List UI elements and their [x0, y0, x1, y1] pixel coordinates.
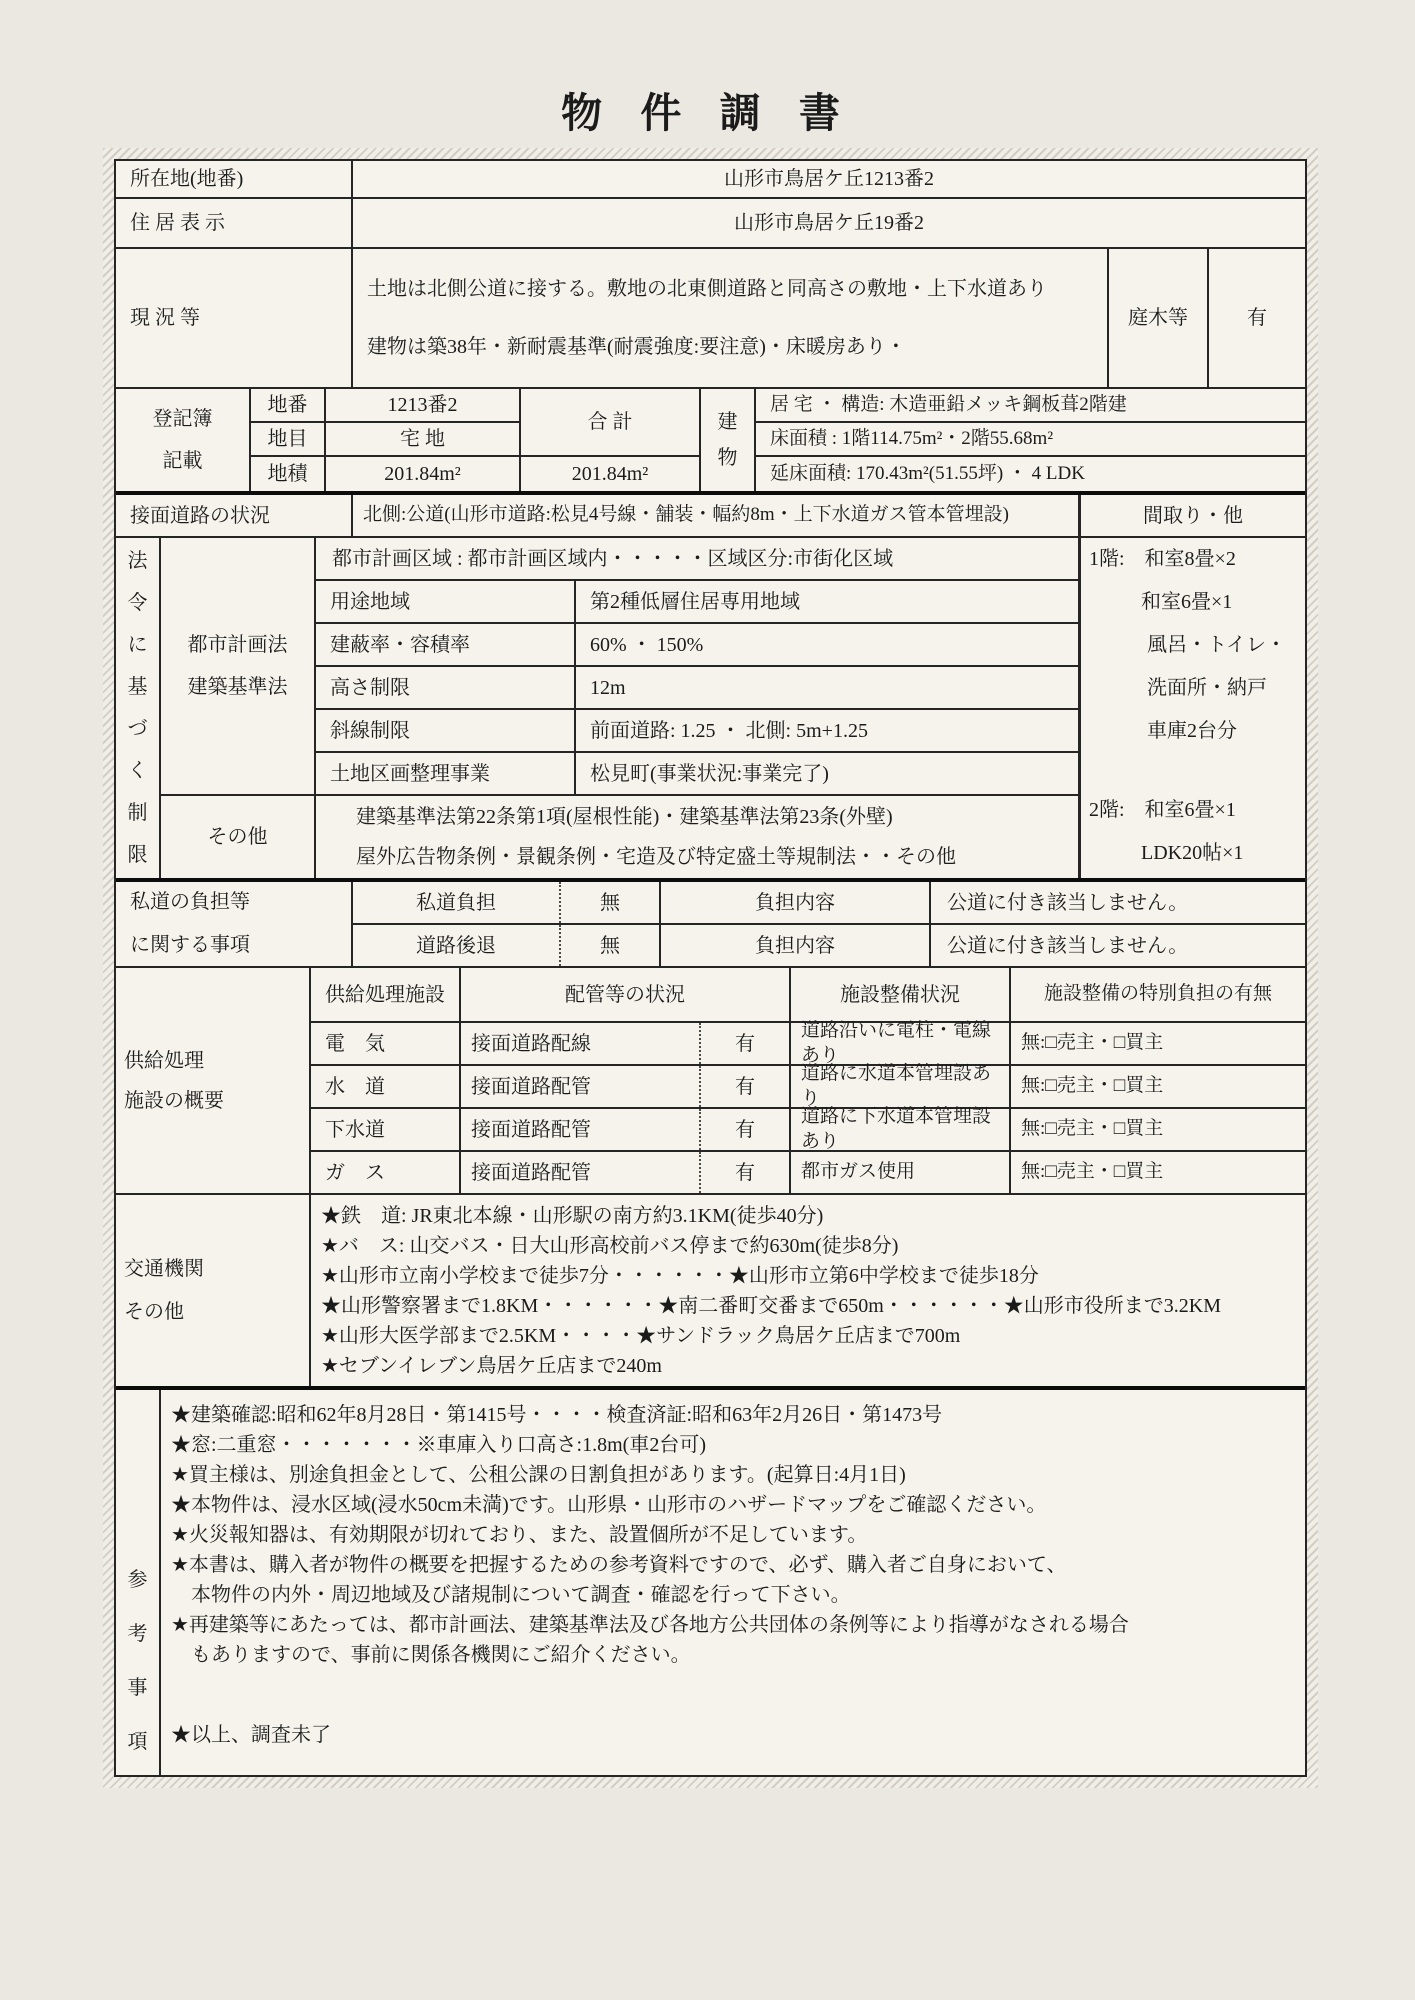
road-label: 接面道路の状況 [116, 495, 353, 536]
supply-header: 供給処理施設 [311, 968, 461, 1021]
registry-key: 地積 [251, 457, 324, 491]
supply-header-row: 供給処理施設 配管等の状況 施設整備状況 施設整備の特別負担の有無 [311, 968, 1305, 1023]
legal-other-text: 建築基準法第22条第1項(屋根性能)・建築基準法第23条(外壁) 屋外広告物条例… [316, 796, 1078, 878]
registry-value: 1213番2 [326, 389, 519, 423]
row-road: 接面道路の状況 北側:公道(山形市道路:松見4号線・舗装・幅約8m・上下水道ガス… [116, 495, 1078, 538]
floorplan-line: 風呂・トイレ・ [1081, 624, 1305, 667]
legal-key: 斜線制限 [316, 710, 576, 751]
legal-side-label: 法 令 に 基 づ く 制 限 [116, 538, 161, 878]
garden-value: 有 [1209, 249, 1305, 387]
building-vertical-label: 建 物 [701, 389, 756, 491]
supply-name: 電 気 [311, 1023, 461, 1064]
floorplan-line: 1階: 和室8畳×2 [1081, 538, 1305, 581]
floorplan-list: 1階: 和室8畳×2 和室6畳×1 風呂・トイレ・ 洗面所・納戸 車庫2台分 2… [1081, 538, 1305, 878]
legal-group-label: 都市計画法 建築基準法 [161, 538, 314, 796]
legal-cityplan: 都市計画区域 : 都市計画区域内・・・・・区域区分:市街化区域 [316, 538, 1078, 581]
location-value: 山形市鳥居ケ丘1213番2 [353, 161, 1305, 197]
floorplan-line: 車庫2台分 [1081, 710, 1305, 753]
building-info: 居 宅 ・ 構造: 木造亜鉛メッキ鋼板葺2階建 床面積 : 1階114.75m²… [756, 389, 1305, 491]
supply-row: 下水道 接面道路配管 有 道路に下水道本管埋設あり 無:□売主・□買主 [311, 1109, 1305, 1152]
row-location: 所在地(地番) 山形市鳥居ケ丘1213番2 [116, 161, 1305, 199]
row-address: 住 居 表 示 山形市鳥居ケ丘19番2 [116, 199, 1305, 249]
location-label: 所在地(地番) [116, 161, 353, 197]
middle-block: 接面道路の状況 北側:公道(山形市道路:松見4号線・舗装・幅約8m・上下水道ガス… [116, 495, 1305, 878]
supply-pipe: 接面道路配管 [461, 1066, 701, 1107]
garden-label: 庭木等 [1109, 249, 1209, 387]
supply-status: 道路沿いに電柱・電線あり [791, 1023, 1011, 1064]
registry-key: 地目 [251, 423, 324, 457]
legal-value: 前面道路: 1.25 ・ 北側: 5m+1.25 [576, 710, 1078, 751]
legal-value: 第2種低層住居専用地域 [576, 581, 1078, 622]
transport-label: 交通機関 その他 [116, 1195, 311, 1386]
registry-value: 201.84m² [326, 457, 519, 491]
remarks-lines: ★建築確認:昭和62年8月28日・第1415号・・・・検査済証:昭和63年2月2… [171, 1400, 1305, 1670]
private-road-value: 公道に付き該当しません。 [931, 925, 1305, 966]
private-road-key: 道路後退 [353, 925, 561, 966]
supply-burden: 無:□売主・□買主 [1011, 1109, 1305, 1150]
row-condition: 現 況 等 土地は北側公道に接する。敷地の北東側道路と同高さの敷地・上下水道あり… [116, 249, 1305, 389]
floorplan-sidebar: 間取り・他 1階: 和室8畳×2 和室6畳×1 風呂・トイレ・ 洗面所・納戸 車… [1078, 495, 1305, 878]
scanned-property-report: 物 件 調 書 所在地(地番) 山形市鳥居ケ丘1213番2 住 居 表 示 山形… [0, 0, 1415, 2000]
supply-header: 施設整備の特別負担の有無 [1011, 968, 1305, 1021]
floorplan-line: 2階: 和室6畳×1 [1081, 789, 1305, 832]
transport-block: 交通機関 その他 ★鉄 道: JR東北本線・山形駅の南方約3.1KM(徒歩40分… [116, 1195, 1305, 1386]
registry-keys: 地番 地目 地積 [251, 389, 326, 491]
legal-value: 12m [576, 667, 1078, 708]
registry-value: 宅 地 [326, 423, 519, 457]
document-title: 物 件 調 書 [0, 80, 1415, 139]
legal-row: 高さ制限 12m [316, 667, 1078, 710]
address-value: 山形市鳥居ケ丘19番2 [353, 199, 1305, 247]
registry-total-col: 合 計 201.84m² [521, 389, 701, 491]
transport-lines: ★鉄 道: JR東北本線・山形駅の南方約3.1KM(徒歩40分) ★バ ス: 山… [311, 1195, 1305, 1386]
supply-exist: 有 [701, 1066, 791, 1107]
supply-status: 道路に水道本管埋設あり [791, 1066, 1011, 1107]
supply-row: ガ ス 接面道路配管 有 都市ガス使用 無:□売主・□買主 [311, 1152, 1305, 1193]
remarks-side-label: 参 考 事 項 [116, 1390, 161, 1775]
legal-key: 用途地域 [316, 581, 576, 622]
supply-name: ガ ス [311, 1152, 461, 1193]
private-road-block: 私道の負担等 に関する事項 私道負担 無 負担内容 公道に付き該当しません。 道… [116, 882, 1305, 968]
registry-total-label: 合 計 [521, 389, 699, 457]
supply-row: 水 道 接面道路配管 有 道路に水道本管埋設あり 無:□売主・□買主 [311, 1066, 1305, 1109]
registry-label: 登記簿 記載 [116, 389, 251, 491]
building-line: 居 宅 ・ 構造: 木造亜鉛メッキ鋼板葺2階建 [756, 389, 1305, 423]
floorplan-line: LDK20帖×1 [1081, 832, 1305, 875]
supply-header: 施設整備状況 [791, 968, 1011, 1021]
road-value: 北側:公道(山形市道路:松見4号線・舗装・幅約8m・上下水道ガス管本管埋設) [353, 495, 1078, 536]
hatched-border-frame: 所在地(地番) 山形市鳥居ケ丘1213番2 住 居 表 示 山形市鳥居ケ丘19番… [103, 148, 1318, 1788]
private-road-exist: 無 [561, 925, 661, 966]
supply-row: 電 気 接面道路配線 有 道路沿いに電柱・電線あり 無:□売主・□買主 [311, 1023, 1305, 1066]
building-line: 延床面積: 170.43m²(51.55坪) ・ 4 LDK [756, 457, 1305, 491]
supply-name: 水 道 [311, 1066, 461, 1107]
remarks-content: ★建築確認:昭和62年8月28日・第1415号・・・・検査済証:昭和63年2月2… [161, 1390, 1305, 1775]
supply-pipe: 接面道路配管 [461, 1152, 701, 1193]
legal-value: 松見町(事業状況:事業完了) [576, 753, 1078, 794]
supply-table: 供給処理施設 配管等の状況 施設整備状況 施設整備の特別負担の有無 電 気 接面… [311, 968, 1305, 1193]
supply-status: 道路に下水道本管埋設あり [791, 1109, 1011, 1150]
floorplan-header: 間取り・他 [1081, 495, 1305, 538]
remarks-block: 参 考 事 項 ★建築確認:昭和62年8月28日・第1415号・・・・検査済証:… [116, 1390, 1305, 1775]
private-road-exist: 無 [561, 882, 661, 923]
condition-text: 土地は北側公道に接する。敷地の北東側道路と同高さの敷地・上下水道あり 建物は築3… [353, 249, 1109, 387]
floorplan-line: 洗面所・納戸 [1081, 667, 1305, 710]
supply-pipe: 接面道路配線 [461, 1023, 701, 1064]
supply-burden: 無:□売主・□買主 [1011, 1066, 1305, 1107]
registry-block: 登記簿 記載 地番 地目 地積 1213番2 宅 地 201.84m² 合 計 … [116, 389, 1305, 491]
registry-values: 1213番2 宅 地 201.84m² [326, 389, 521, 491]
private-road-key2: 負担内容 [661, 925, 931, 966]
supply-name: 下水道 [311, 1109, 461, 1150]
supply-burden: 無:□売主・□買主 [1011, 1023, 1305, 1064]
private-road-row: 私道負担 無 負担内容 公道に付き該当しません。 [353, 882, 1305, 925]
supply-header: 配管等の状況 [461, 968, 791, 1021]
remarks-footer: ★以上、調査未了 [171, 1722, 1305, 1748]
supply-exist: 有 [701, 1109, 791, 1150]
legal-row: 建蔽率・容積率 60% ・ 150% [316, 624, 1078, 667]
legal-key: 土地区画整理事業 [316, 753, 576, 794]
legal-value: 60% ・ 150% [576, 624, 1078, 665]
condition-label: 現 況 等 [116, 249, 353, 387]
private-road-value: 公道に付き該当しません。 [931, 882, 1305, 923]
legal-group-col: 都市計画法 建築基準法 その他 [161, 538, 316, 878]
private-road-key: 私道負担 [353, 882, 561, 923]
floorplan-line: 和室6畳×1 [1081, 581, 1305, 624]
legal-row: 斜線制限 前面道路: 1.25 ・ 北側: 5m+1.25 [316, 710, 1078, 753]
legal-rows: 都市計画区域 : 都市計画区域内・・・・・区域区分:市街化区域 用途地域 第2種… [316, 538, 1078, 878]
supply-burden: 無:□売主・□買主 [1011, 1152, 1305, 1193]
supply-pipe: 接面道路配管 [461, 1109, 701, 1150]
building-line: 床面積 : 1階114.75m²・2階55.68m² [756, 423, 1305, 457]
supply-block: 供給処理 施設の概要 供給処理施設 配管等の状況 施設整備状況 施設整備の特別負… [116, 968, 1305, 1195]
report-table: 所在地(地番) 山形市鳥居ケ丘1213番2 住 居 表 示 山形市鳥居ケ丘19番… [114, 159, 1307, 1777]
legal-row: 土地区画整理事業 松見町(事業状況:事業完了) [316, 753, 1078, 796]
legal-key: 高さ制限 [316, 667, 576, 708]
supply-exist: 有 [701, 1152, 791, 1193]
registry-key: 地番 [251, 389, 324, 423]
private-road-key2: 負担内容 [661, 882, 931, 923]
middle-left: 接面道路の状況 北側:公道(山形市道路:松見4号線・舗装・幅約8m・上下水道ガス… [116, 495, 1078, 878]
supply-status: 都市ガス使用 [791, 1152, 1011, 1193]
private-road-rows: 私道負担 無 負担内容 公道に付き該当しません。 道路後退 無 負担内容 公道に… [353, 882, 1305, 966]
private-road-row: 道路後退 無 負担内容 公道に付き該当しません。 [353, 925, 1305, 966]
legal-key: 建蔽率・容積率 [316, 624, 576, 665]
legal-block: 法 令 に 基 づ く 制 限 都市計画法 建築基準法 その他 都市計画区域 :… [116, 538, 1078, 878]
legal-row: 用途地域 第2種低層住居専用地域 [316, 581, 1078, 624]
supply-label: 供給処理 施設の概要 [116, 968, 311, 1193]
private-road-label: 私道の負担等 に関する事項 [116, 882, 353, 966]
supply-exist: 有 [701, 1023, 791, 1064]
legal-other-label: その他 [161, 796, 314, 878]
address-label: 住 居 表 示 [116, 199, 353, 247]
registry-total-value: 201.84m² [521, 457, 699, 491]
